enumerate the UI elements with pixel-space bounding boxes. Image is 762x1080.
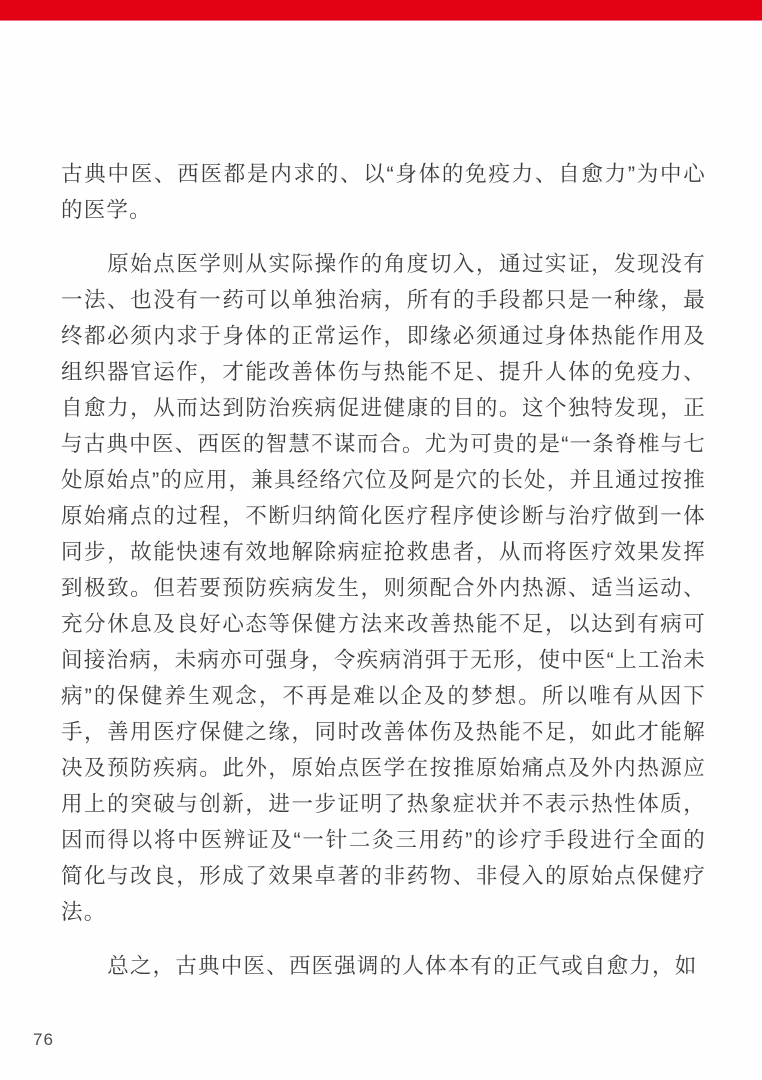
paragraph-continuation: 古典中医、西医都是内求的、以“身体的免疫力、自愈力”为中心的医学。 (61, 156, 706, 228)
paragraph-body: 原始点医学则从实际操作的角度切入，通过实证，发现没有一法、也没有一药可以单独治病… (61, 246, 706, 930)
paragraph-summary-start: 总之，古典中医、西医强调的人体本有的正气或自愈力，如 (61, 948, 706, 984)
page-content: 古典中医、西医都是内求的、以“身体的免疫力、自愈力”为中心的医学。 原始点医学则… (61, 156, 706, 1002)
top-red-bar (0, 0, 762, 21)
page-number: 76 (33, 1028, 54, 1052)
